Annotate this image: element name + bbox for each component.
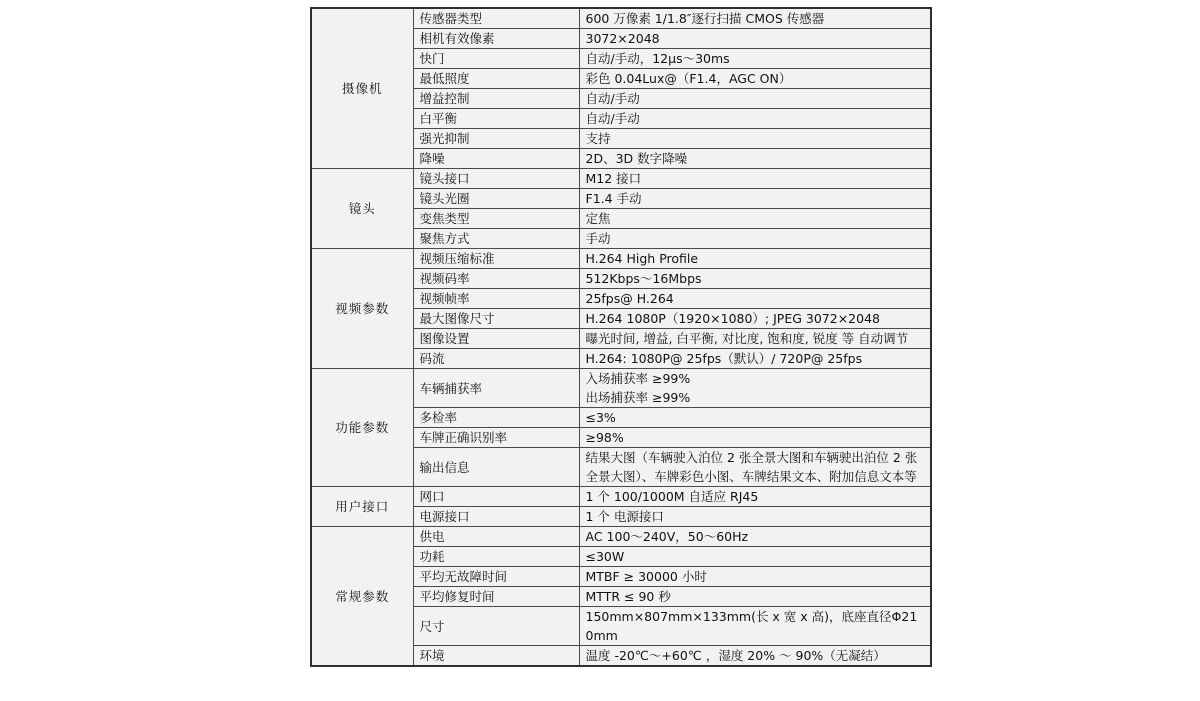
spec-label-cell: 镜头接口 — [413, 169, 579, 189]
spec-value-cell: 25fps@ H.264 — [579, 289, 931, 309]
spec-value-cell: 支持 — [579, 129, 931, 149]
spec-value-cell: 结果大图（车辆驶入泊位 2 张全景大图和车辆驶出泊位 2 张全景大图）、车牌彩色… — [579, 448, 931, 487]
spec-label-cell: 车辆捕获率 — [413, 369, 579, 408]
spec-value-cell: 3072×2048 — [579, 29, 931, 49]
spec-label-cell: 最大图像尺寸 — [413, 309, 579, 329]
spec-label-cell: 视频帧率 — [413, 289, 579, 309]
spec-sheet: 摄像机传感器类型600 万像素 1/1.8″逐行扫描 CMOS 传感器相机有效像… — [310, 7, 932, 667]
spec-table-body: 摄像机传感器类型600 万像素 1/1.8″逐行扫描 CMOS 传感器相机有效像… — [311, 8, 931, 666]
spec-label-cell: 环境 — [413, 646, 579, 667]
table-row: 用户接口网口1 个 100/1000M 自适应 RJ45 — [311, 487, 931, 507]
section-category-cell: 用户接口 — [311, 487, 413, 527]
spec-value-cell: ≤30W — [579, 547, 931, 567]
spec-label-cell: 视频压缩标准 — [413, 249, 579, 269]
spec-label-cell: 尺寸 — [413, 607, 579, 646]
spec-label-cell: 功耗 — [413, 547, 579, 567]
spec-value-cell: 手动 — [579, 229, 931, 249]
spec-value-cell: 彩色 0.04Lux@（F1.4，AGC ON） — [579, 69, 931, 89]
spec-value-cell: H.264 High Profile — [579, 249, 931, 269]
spec-label-cell: 网口 — [413, 487, 579, 507]
spec-value-cell: H.264 1080P（1920×1080）; JPEG 3072×2048 — [579, 309, 931, 329]
table-row: 镜头镜头接口M12 接口 — [311, 169, 931, 189]
spec-label-cell: 码流 — [413, 349, 579, 369]
spec-label-cell: 平均修复时间 — [413, 587, 579, 607]
spec-value-cell: 自动/手动 — [579, 109, 931, 129]
spec-label-cell: 快门 — [413, 49, 579, 69]
spec-value-cell: 1 个 电源接口 — [579, 507, 931, 527]
spec-value-cell: 定焦 — [579, 209, 931, 229]
spec-value-cell: 入场捕获率 ≥99% 出场捕获率 ≥99% — [579, 369, 931, 408]
section-category-cell: 常规参数 — [311, 527, 413, 667]
spec-label-cell: 变焦类型 — [413, 209, 579, 229]
spec-table: 摄像机传感器类型600 万像素 1/1.8″逐行扫描 CMOS 传感器相机有效像… — [310, 7, 932, 667]
spec-label-cell: 最低照度 — [413, 69, 579, 89]
spec-label-cell: 平均无故障时间 — [413, 567, 579, 587]
spec-label-cell: 车牌正确识别率 — [413, 428, 579, 448]
table-row: 常规参数供电AC 100～240V，50～60Hz — [311, 527, 931, 547]
spec-label-cell: 白平衡 — [413, 109, 579, 129]
spec-label-cell: 供电 — [413, 527, 579, 547]
spec-label-cell: 图像设置 — [413, 329, 579, 349]
spec-value-cell: M12 接口 — [579, 169, 931, 189]
spec-value-cell: 自动/手动，12μs～30ms — [579, 49, 931, 69]
spec-value-cell: ≥98% — [579, 428, 931, 448]
spec-label-cell: 相机有效像素 — [413, 29, 579, 49]
spec-label-cell: 增益控制 — [413, 89, 579, 109]
spec-value-cell: MTBF ≥ 30000 小时 — [579, 567, 931, 587]
spec-value-cell: 自动/手动 — [579, 89, 931, 109]
spec-label-cell: 传感器类型 — [413, 8, 579, 29]
spec-value-cell: 2D、3D 数字降噪 — [579, 149, 931, 169]
spec-label-cell: 镜头光圈 — [413, 189, 579, 209]
spec-value-cell: 512Kbps～16Mbps — [579, 269, 931, 289]
spec-value-cell: AC 100～240V，50～60Hz — [579, 527, 931, 547]
spec-value-cell: 1 个 100/1000M 自适应 RJ45 — [579, 487, 931, 507]
spec-value-cell: F1.4 手动 — [579, 189, 931, 209]
spec-label-cell: 视频码率 — [413, 269, 579, 289]
spec-label-cell: 聚焦方式 — [413, 229, 579, 249]
spec-label-cell: 输出信息 — [413, 448, 579, 487]
spec-value-cell: 温度 -20℃～+60℃ ，湿度 20% ～ 90%（无凝结） — [579, 646, 931, 667]
table-row: 功能参数车辆捕获率入场捕获率 ≥99% 出场捕获率 ≥99% — [311, 369, 931, 408]
spec-label-cell: 电源接口 — [413, 507, 579, 527]
spec-label-cell: 多检率 — [413, 408, 579, 428]
spec-value-cell: 600 万像素 1/1.8″逐行扫描 CMOS 传感器 — [579, 8, 931, 29]
spec-value-cell: MTTR ≤ 90 秒 — [579, 587, 931, 607]
section-category-cell: 摄像机 — [311, 8, 413, 169]
spec-label-cell: 强光抑制 — [413, 129, 579, 149]
table-row: 视频参数视频压缩标准H.264 High Profile — [311, 249, 931, 269]
spec-value-cell: 150mm×807mm×133mm(长 x 宽 x 高)，底座直径Φ210mm — [579, 607, 931, 646]
table-row: 摄像机传感器类型600 万像素 1/1.8″逐行扫描 CMOS 传感器 — [311, 8, 931, 29]
spec-label-cell: 降噪 — [413, 149, 579, 169]
spec-value-cell: H.264: 1080P@ 25fps（默认）/ 720P@ 25fps — [579, 349, 931, 369]
spec-value-cell: 曝光时间, 增益, 白平衡, 对比度, 饱和度, 锐度 等 自动调节 — [579, 329, 931, 349]
section-category-cell: 功能参数 — [311, 369, 413, 487]
section-category-cell: 视频参数 — [311, 249, 413, 369]
spec-value-cell: ≤3% — [579, 408, 931, 428]
section-category-cell: 镜头 — [311, 169, 413, 249]
